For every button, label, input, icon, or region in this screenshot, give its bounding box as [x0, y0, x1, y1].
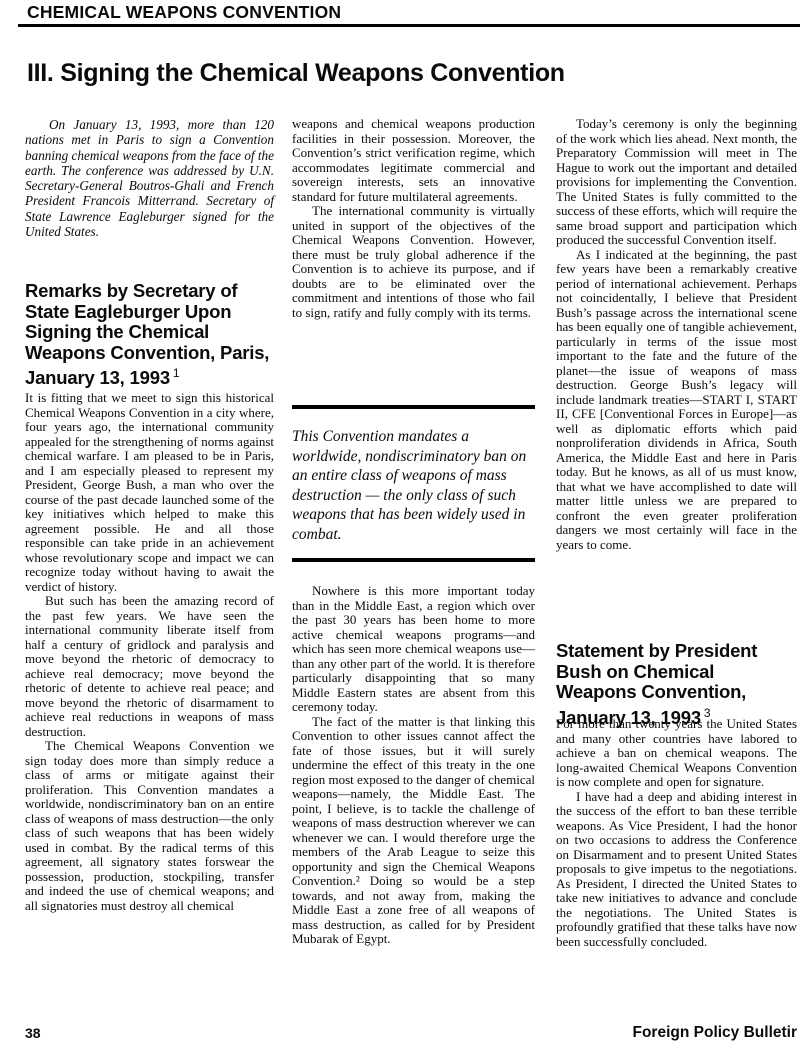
footnote-marker-1: 1 — [173, 366, 179, 380]
magazine-page: CHEMICAL WEAPONS CONVENTION III. Signing… — [0, 0, 800, 1060]
section-heading-remarks: Remarks by Secretary of State Eagleburge… — [25, 281, 274, 389]
paragraph: The Chemical Weapons Convention we sign … — [25, 739, 274, 913]
column-1-body: It is fitting that we meet to sign this … — [25, 391, 274, 913]
journal-name: Foreign Policy Bulletir — [633, 1024, 798, 1042]
column-3-body-top: Today’s ceremony is only the beginning o… — [556, 117, 797, 552]
column-3: Today’s ceremony is only the beginning o… — [556, 0, 797, 1060]
paragraph: But such has been the amazing record of … — [25, 594, 274, 739]
paragraph: The fact of the matter is that linking t… — [292, 715, 535, 947]
pull-quote-block: This Convention mandates a worldwide, no… — [292, 405, 535, 562]
paragraph: weapons and chemical weapons production … — [292, 117, 535, 204]
paragraph: Today’s ceremony is only the beginning o… — [556, 117, 797, 248]
column-1: On January 13, 1993, more than 120 natio… — [25, 0, 274, 1060]
paragraph: Nowhere is this more important today tha… — [292, 584, 535, 715]
column-2-body-bottom: Nowhere is this more important today tha… — [292, 584, 535, 947]
paragraph: As I indicated at the beginning, the pas… — [556, 248, 797, 553]
paragraph: For more than twenty years the United St… — [556, 717, 797, 790]
paragraph: It is fitting that we meet to sign this … — [25, 391, 274, 594]
paragraph: The international community is virtually… — [292, 204, 535, 320]
column-3-body-bottom: For more than twenty years the United St… — [556, 717, 797, 949]
section-heading-remarks-text: Remarks by Secretary of State Eagleburge… — [25, 280, 269, 388]
column-2: weapons and chemical weapons production … — [292, 0, 535, 1060]
section-heading-statement-text: Statement by President Bush on Chemical … — [556, 640, 757, 728]
intro-abstract: On January 13, 1993, more than 120 natio… — [25, 117, 274, 239]
page-number: 38 — [25, 1025, 41, 1041]
pull-quote-text: This Convention mandates a worldwide, no… — [292, 427, 535, 544]
paragraph: I have had a deep and abiding interest i… — [556, 790, 797, 950]
column-2-body-top: weapons and chemical weapons production … — [292, 117, 535, 320]
